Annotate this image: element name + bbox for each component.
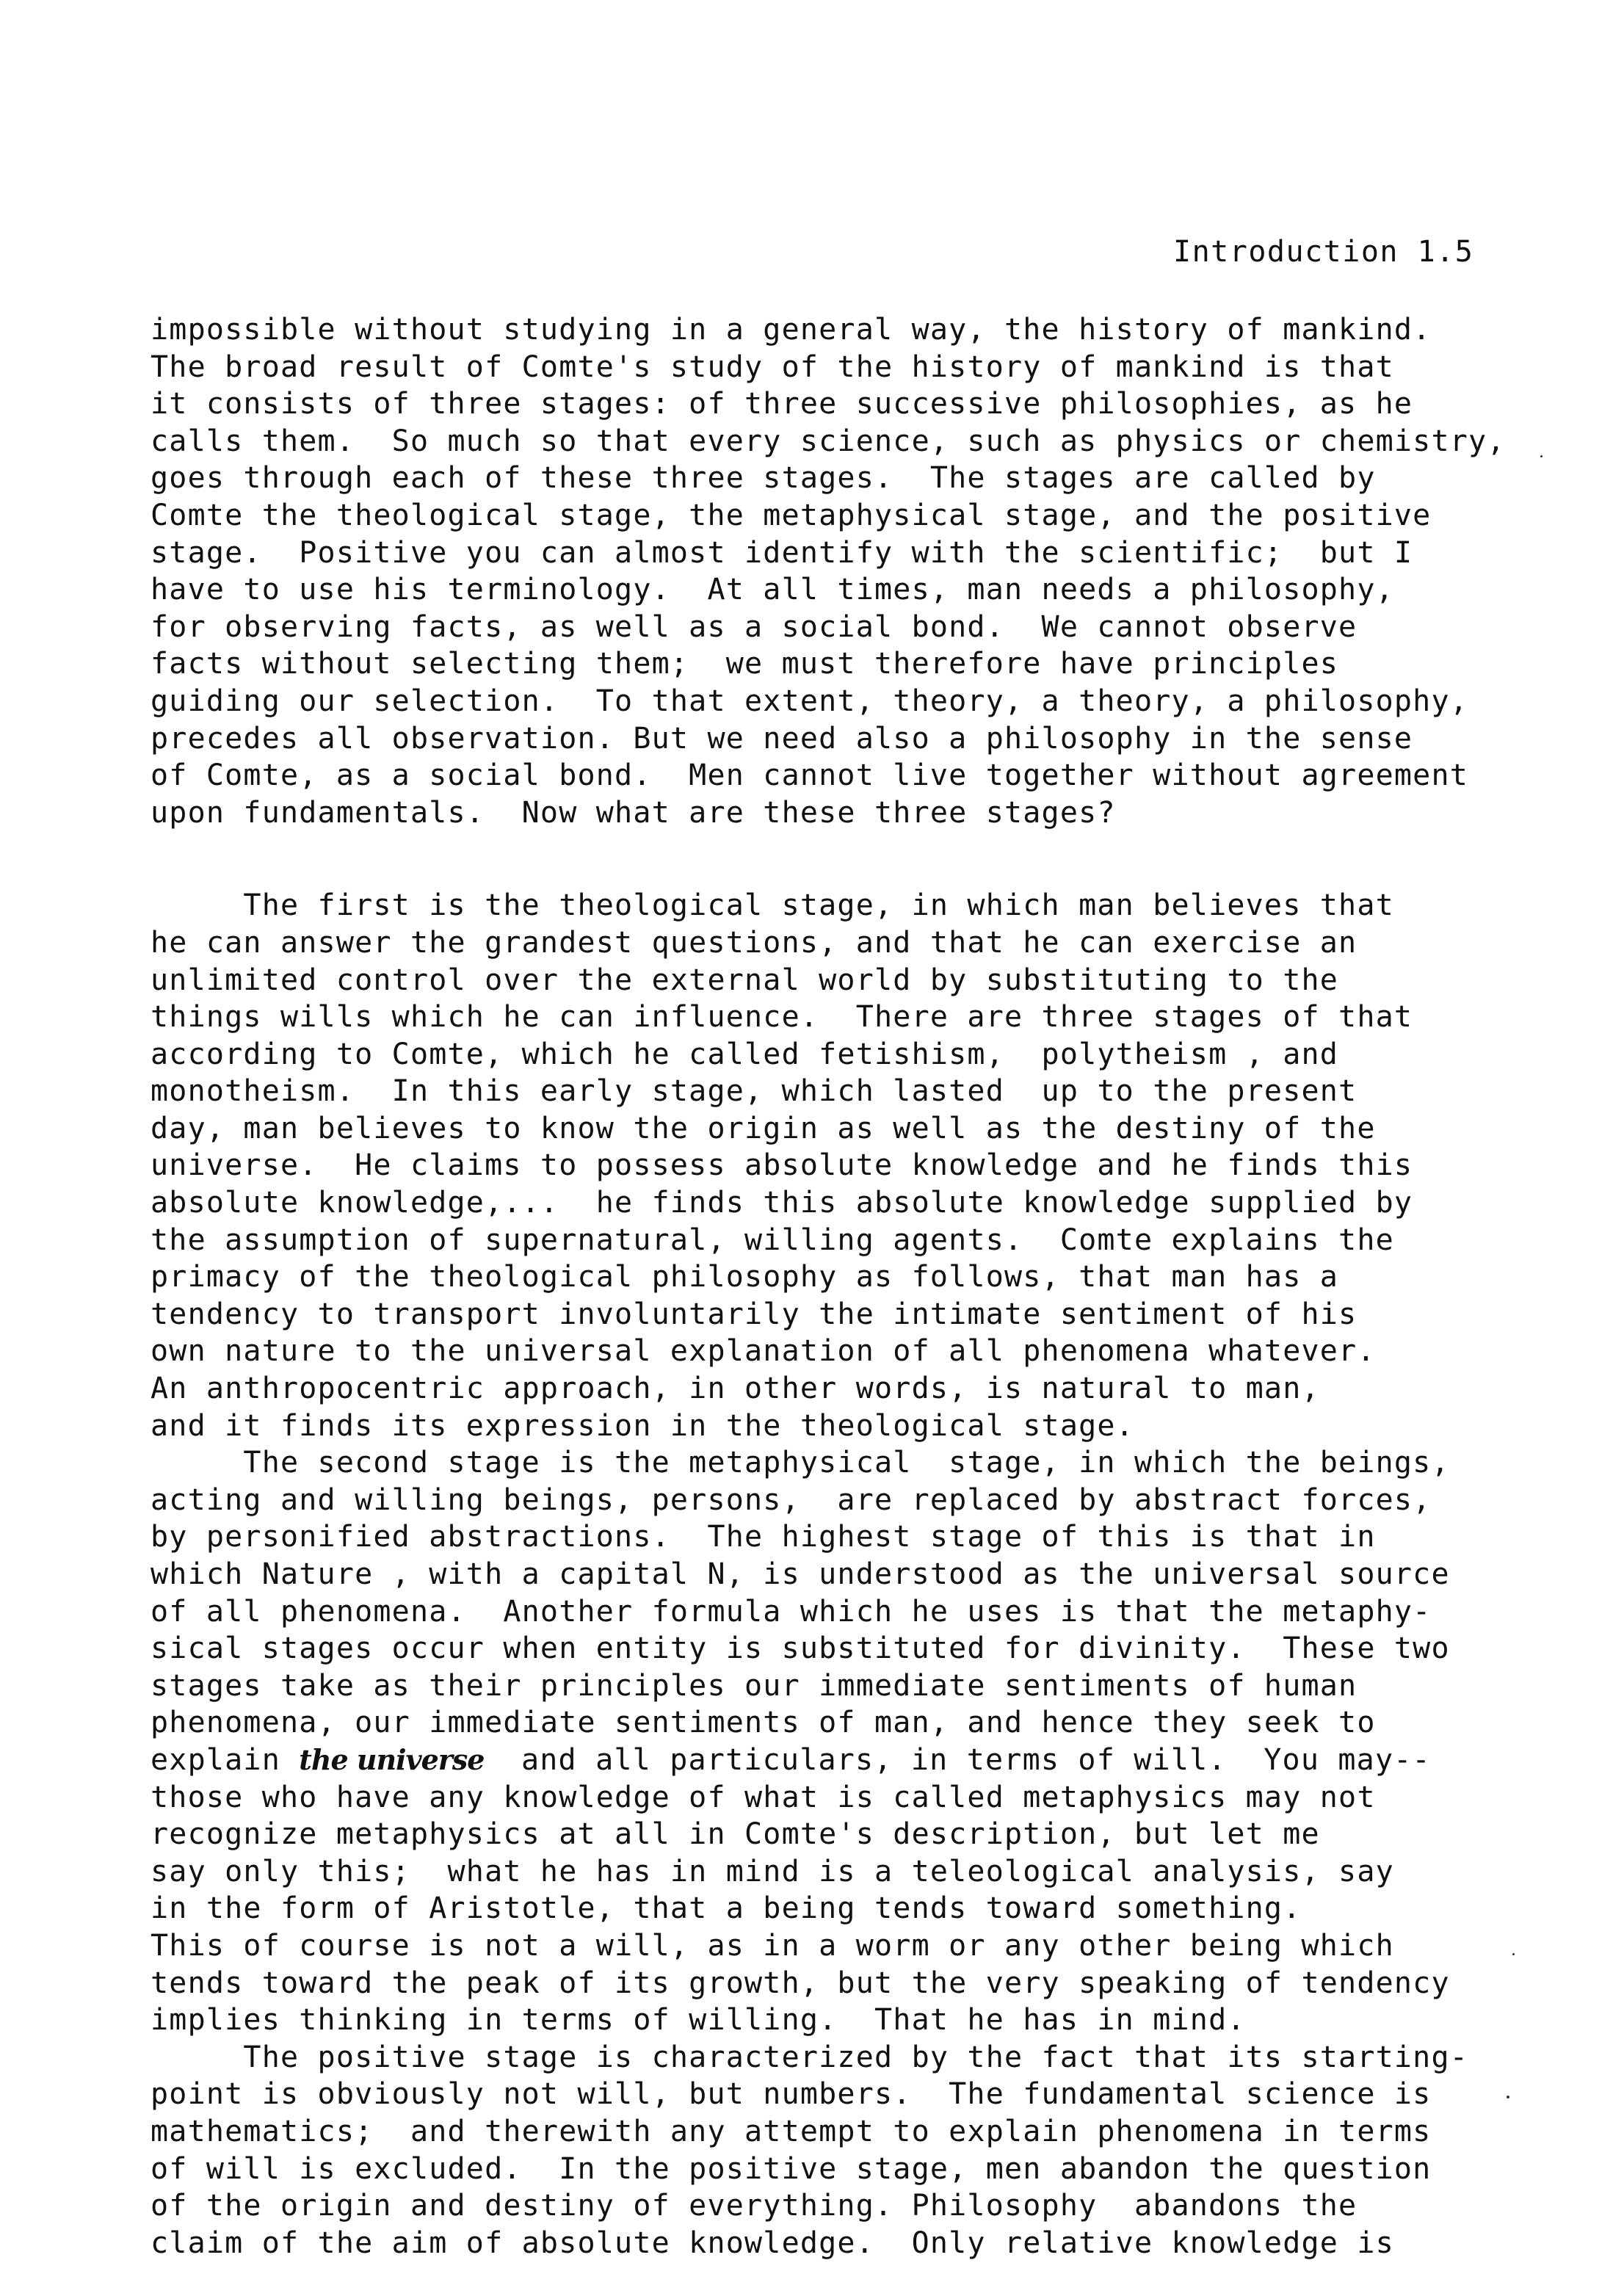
text-line: goes through each of these three stages.… <box>151 460 1545 497</box>
text-line: stages take as their principles our imme… <box>151 1667 1545 1705</box>
text-line: recognize metaphysics at all in Comte's … <box>151 1816 1545 1853</box>
scan-speck <box>1540 455 1543 457</box>
text-line: The positive stage is characterized by t… <box>151 2039 1545 2076</box>
text-line-with-handwritten-insert: explain the universe and all particulars… <box>151 1742 1545 1779</box>
text-line: tendency to transport involuntarily the … <box>151 1296 1545 1333</box>
text-line: for observing facts, as well as a social… <box>151 609 1545 646</box>
text-line: implies thinking in terms of willing. Th… <box>151 2002 1545 2039</box>
text-line: he can answer the grandest questions, an… <box>151 924 1545 962</box>
text-line: it consists of three stages: of three su… <box>151 385 1545 423</box>
paragraph-theological-stage: The first is the theological stage, in w… <box>151 887 1545 1444</box>
text-line: claim of the aim of absolute knowledge. … <box>151 2225 1545 2262</box>
text-line: unlimited control over the external worl… <box>151 962 1545 999</box>
text-line: according to Comte, which he called feti… <box>151 1036 1545 1073</box>
text-line: of the origin and destiny of everything.… <box>151 2187 1545 2225</box>
text-line: An anthropocentric approach, in other wo… <box>151 1370 1545 1408</box>
scan-speck <box>1512 1953 1515 1955</box>
text-line: guiding our selection. To that extent, t… <box>151 683 1545 720</box>
text-line: point is obviously not will, but numbers… <box>151 2076 1545 2113</box>
text-line: the assumption of supernatural, willing … <box>151 1222 1545 1259</box>
text-line: by personified abstractions. The highest… <box>151 1518 1545 1556</box>
text-line: things wills which he can influence. The… <box>151 999 1545 1036</box>
body-text: impossible without studying in a general… <box>151 311 1545 2262</box>
text-line: and it finds its expression in the theol… <box>151 1408 1545 1445</box>
text-line: day, man believes to know the origin as … <box>151 1110 1545 1148</box>
paragraph-gap <box>151 831 1545 887</box>
text-line: universe. He claims to possess absolute … <box>151 1147 1545 1184</box>
text-line: impossible without studying in a general… <box>151 311 1545 349</box>
text-line: tends toward the peak of its growth, but… <box>151 1965 1545 2002</box>
text-line: stage. Positive you can almost identify … <box>151 535 1545 572</box>
text-line: in the form of Aristotle, that a being t… <box>151 1890 1545 1927</box>
running-head: Introduction 1.5 <box>1173 233 1473 270</box>
text-line: sical stages occur when entity is substi… <box>151 1630 1545 1667</box>
text-line: upon fundamentals. Now what are these th… <box>151 794 1545 832</box>
text-line: those who have any knowledge of what is … <box>151 1779 1545 1817</box>
handwritten-insertion: the universe <box>299 1743 484 1776</box>
text-line: calls them. So much so that every scienc… <box>151 423 1545 460</box>
text-segment: explain <box>151 1743 299 1777</box>
text-line: of all phenomena. Another formula which … <box>151 1593 1545 1631</box>
text-line: say only this; what he has in mind is a … <box>151 1853 1545 1891</box>
document-page: Introduction 1.5 impossible without stud… <box>0 0 1624 2285</box>
text-line: phenomena, our immediate sentiments of m… <box>151 1704 1545 1742</box>
paragraph-positive-stage: The positive stage is characterized by t… <box>151 2039 1545 2262</box>
text-segment: and all particulars, in terms of will. Y… <box>484 1743 1430 1777</box>
scan-speck <box>1507 2096 1509 2098</box>
text-line: acting and willing beings, persons, are … <box>151 1482 1545 1519</box>
paragraph-intro: impossible without studying in a general… <box>151 311 1545 831</box>
text-line: primacy of the theological philosophy as… <box>151 1259 1545 1296</box>
text-line: have to use his terminology. At all time… <box>151 571 1545 609</box>
text-line: Comte the theological stage, the metaphy… <box>151 497 1545 535</box>
text-line: The broad result of Comte's study of the… <box>151 349 1545 386</box>
text-line: mathematics; and therewith any attempt t… <box>151 2113 1545 2151</box>
text-line: The second stage is the metaphysical sta… <box>151 1444 1545 1482</box>
text-line: of Comte, as a social bond. Men cannot l… <box>151 757 1545 794</box>
text-line: precedes all observation. But we need al… <box>151 720 1545 758</box>
text-line: monotheism. In this early stage, which l… <box>151 1073 1545 1110</box>
text-line: own nature to the universal explanation … <box>151 1333 1545 1370</box>
text-line: of will is excluded. In the positive sta… <box>151 2151 1545 2188</box>
paragraph-metaphysical-stage: The second stage is the metaphysical sta… <box>151 1444 1545 2039</box>
text-line: This of course is not a will, as in a wo… <box>151 1927 1545 1965</box>
text-line: absolute knowledge,... he finds this abs… <box>151 1184 1545 1222</box>
text-line: which Nature , with a capital N, is unde… <box>151 1556 1545 1593</box>
text-line: facts without selecting them; we must th… <box>151 645 1545 683</box>
text-line: The first is the theological stage, in w… <box>151 887 1545 924</box>
